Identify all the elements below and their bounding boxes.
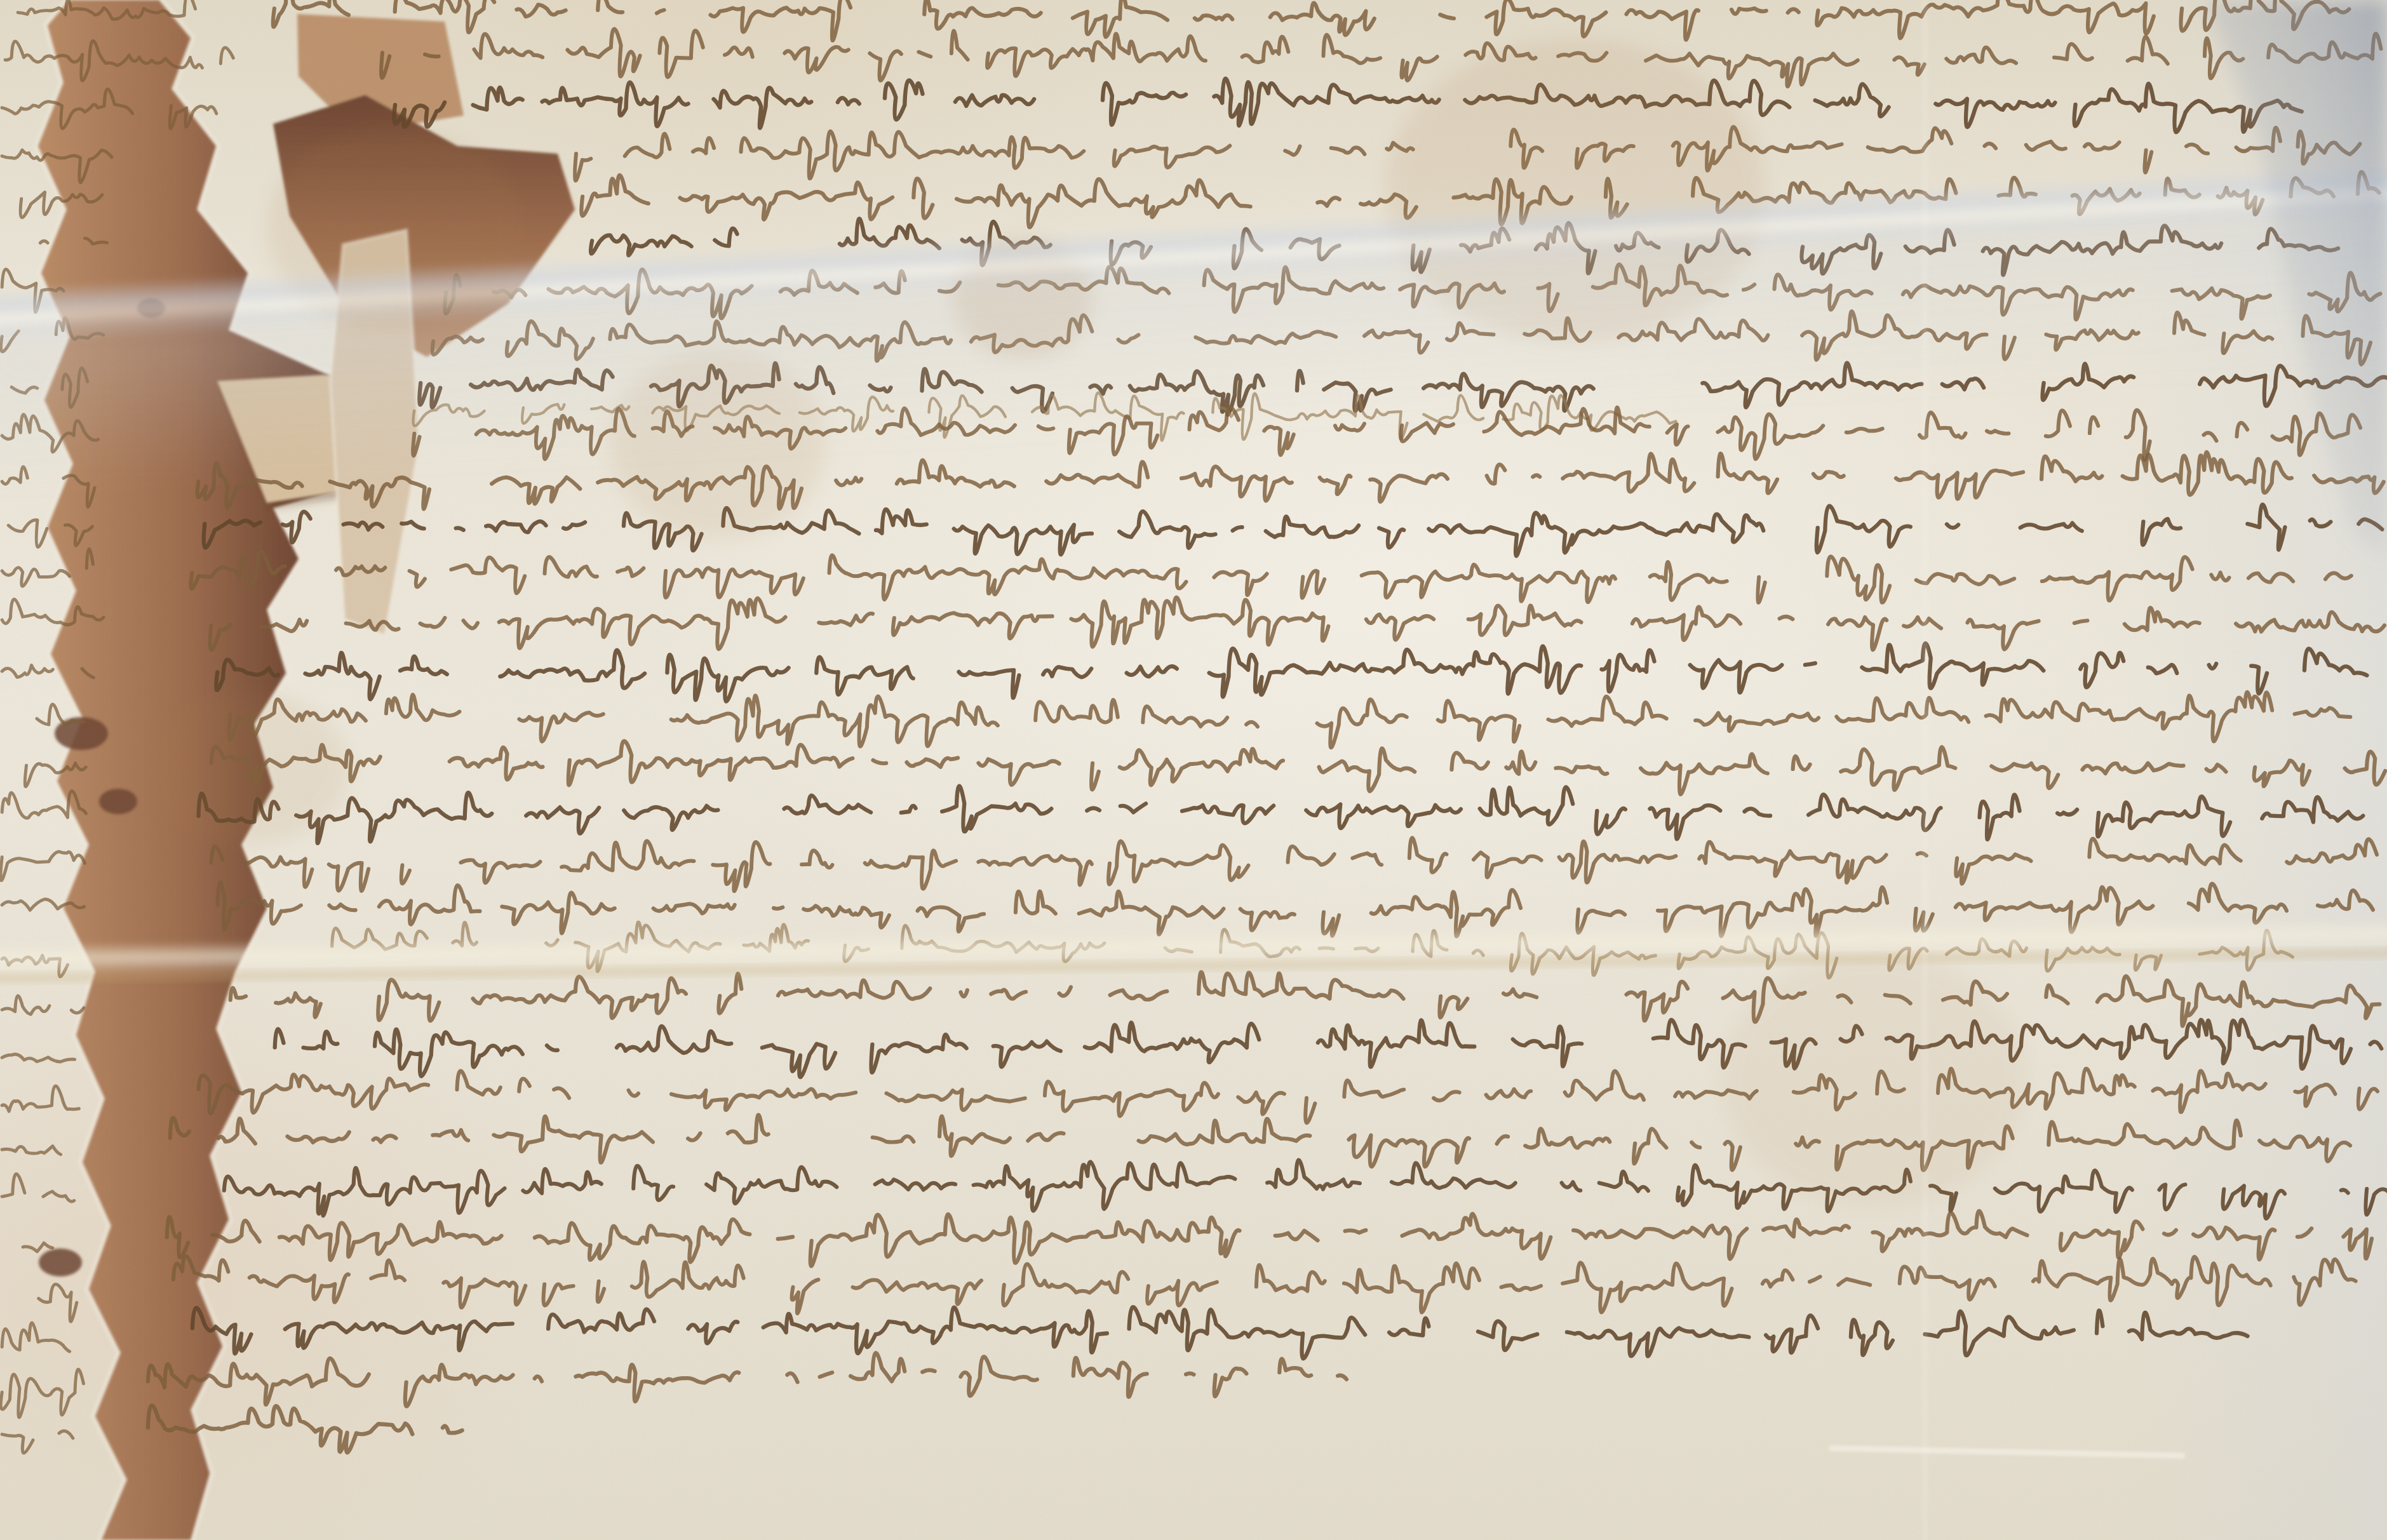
- photo-canvas: [0, 0, 2387, 1540]
- manuscript-photo: [0, 0, 2387, 1540]
- film-grain: [0, 0, 2387, 1540]
